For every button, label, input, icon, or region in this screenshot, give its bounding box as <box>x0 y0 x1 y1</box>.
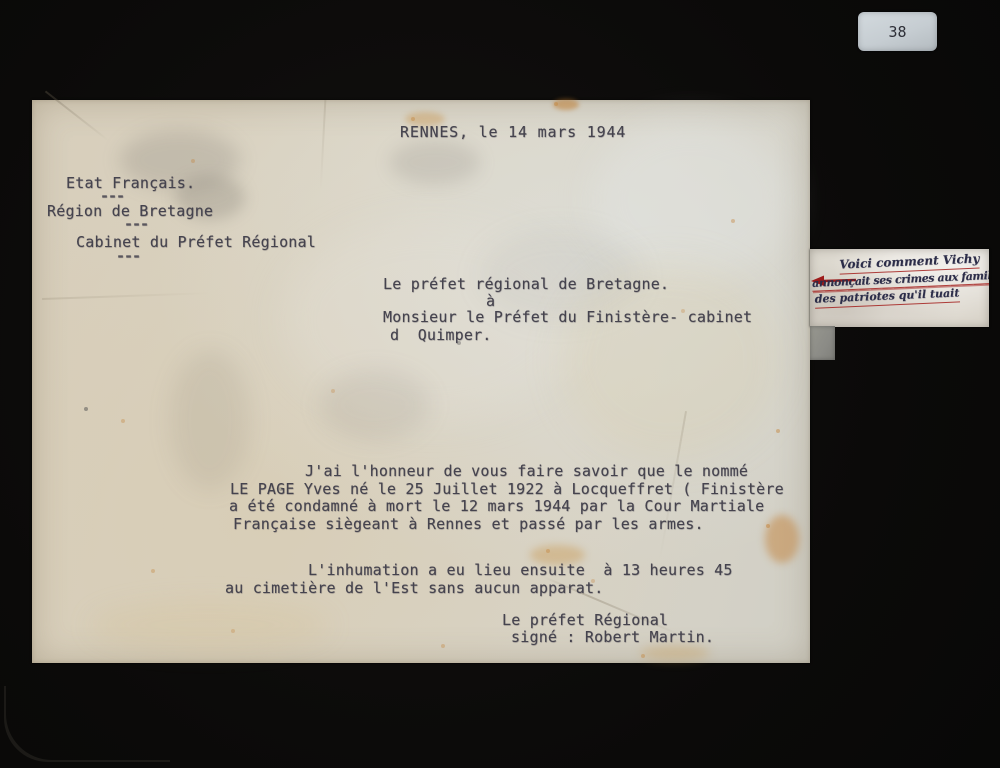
letter-dateline: RENNES, le 14 mars 1944 <box>400 124 626 140</box>
letterhead-etat-francais: Etat Français. <box>66 175 195 191</box>
body-line: a été condamné à mort le 12 mars 1944 pa… <box>229 498 764 514</box>
handwritten-annotation-strip: Voici comment Vichy annonçait ses crimes… <box>810 249 989 327</box>
album-page: RENNES, le 14 mars 1944 Etat Français. -… <box>0 0 1000 768</box>
closing-signature: signé : Robert Martin. <box>511 629 714 645</box>
grey-mount-tab <box>810 326 835 360</box>
smudge-stain <box>390 140 480 185</box>
letterhead-cabinet: Cabinet du Préfet Régional <box>76 234 316 250</box>
body-line: L'inhumation a eu lieu ensuite à 13 heur… <box>308 562 733 578</box>
rust-stain <box>765 515 799 563</box>
annotation-text-block: Voici comment Vichy annonçait ses crimes… <box>810 251 989 308</box>
smudge-stain <box>320 370 430 440</box>
recipient-line: d Quimper. <box>390 327 492 343</box>
letterhead-separator: --- <box>116 248 140 264</box>
recipient-line: Le préfet régional de Bretagne. <box>383 276 669 292</box>
smudge-stain <box>170 350 250 490</box>
closing-title: Le préfet Régional <box>502 612 668 628</box>
recipient-line: à <box>486 293 495 309</box>
paper-light-patch <box>592 120 792 280</box>
paper-specks <box>32 100 34 102</box>
recipient-line: Monsieur le Préfet du Finistère- cabinet <box>383 309 752 325</box>
body-line: au cimetière de l'Est sans aucun apparat… <box>225 580 603 596</box>
paper-crease <box>320 100 327 190</box>
letterhead-separator: --- <box>124 216 148 232</box>
body-line: Française siègeant à Rennes et passé par… <box>233 516 704 532</box>
body-line: LE PAGE Yves né le 25 Juillet 1922 à Loc… <box>230 481 784 497</box>
paper-crease <box>45 91 109 142</box>
rust-stain <box>640 645 710 661</box>
body-line: J'ai l'honneur de vous faire savoir que … <box>305 463 748 479</box>
yellow-wash-stain <box>90 600 330 650</box>
paper-crease <box>42 292 212 300</box>
album-page-number: 38 <box>858 12 937 51</box>
rust-stain <box>553 99 579 110</box>
album-page-corner <box>6 680 176 760</box>
